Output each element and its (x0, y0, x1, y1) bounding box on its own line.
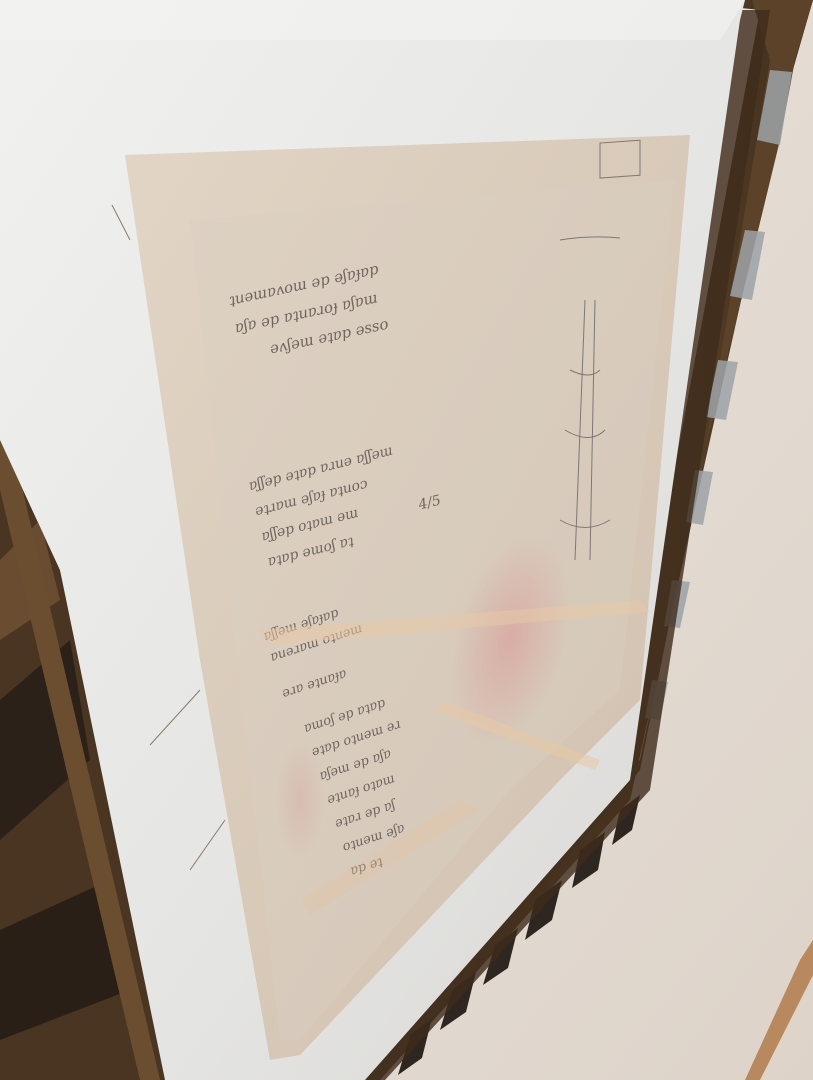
photo-scene: ʇuǝɯɐʌoɯ ǝp ǝʃɐɟɐp ɐʃɐ ǝp ɐʇuɐɹoɟ ɐʃɐɯ ǝ… (0, 0, 813, 1080)
glass-glare (0, 0, 745, 40)
scene-svg: ʇuǝɯɐʌoɯ ǝp ǝʃɐɟɐp ɐʃɐ ǝp ɐʇuɐɹoɟ ɐʃɐɯ ǝ… (0, 0, 813, 1080)
